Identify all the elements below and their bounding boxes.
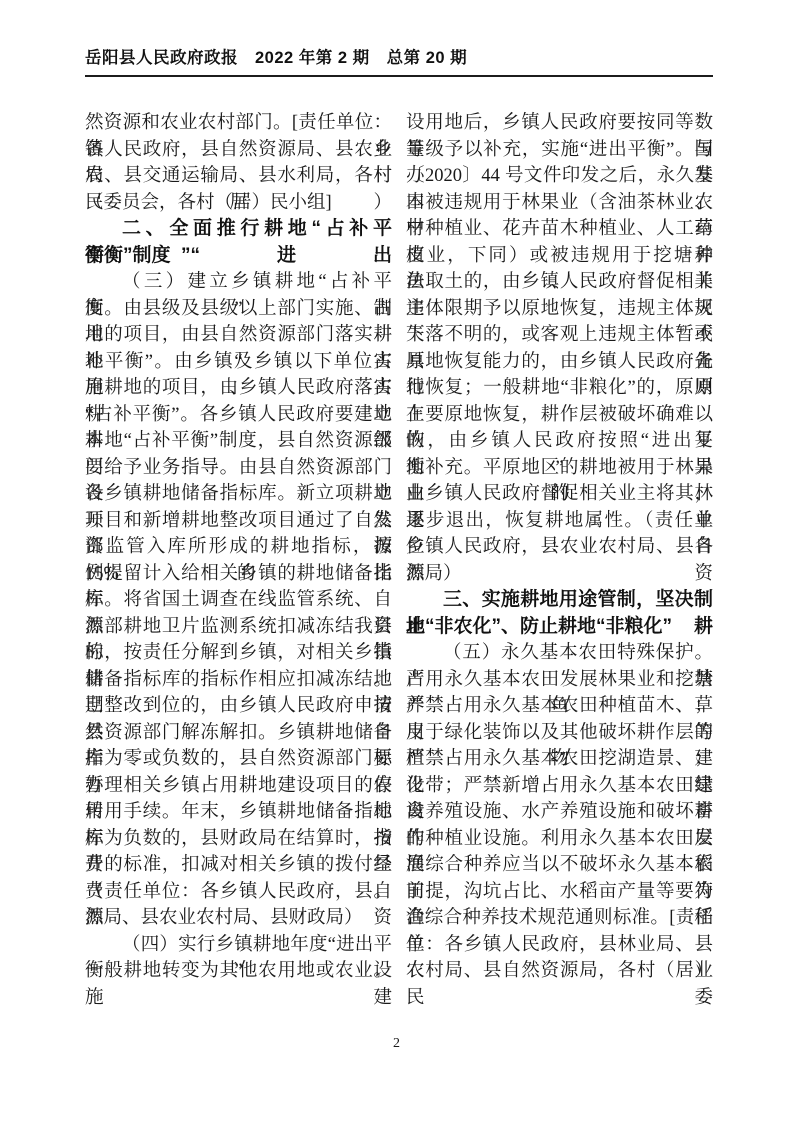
text-line: 原地恢复能力的，由乡镇人民政府先行原 (406, 349, 713, 376)
text-line: “占补平衡”。各乡镇人民政府要建立本级 (85, 402, 392, 429)
text-line: （五）永久基本农田特殊保护。严禁 (406, 640, 713, 667)
text-line: 镇人民政府，县自然资源局、县农业农村 (85, 137, 392, 164)
text-line: 局、县交通运输局、县水利局，各村（居） (85, 163, 392, 190)
right-column: 设用地后，乡镇人民政府要按同等数量与等级予以补充，实施“进出平衡”。国办发〔20… (406, 110, 713, 985)
text-line: 设用地后，乡镇人民政府要按同等数量与 (406, 110, 713, 137)
section-heading-line: 地“非农化”、防止耕地“非粮化” (406, 614, 713, 641)
text-line: 费的标准，扣减对相关乡镇的拨付经费。 (85, 852, 392, 879)
text-line: 植业，下同）或被违规用于挖塘养鱼、非 (406, 243, 713, 270)
text-line: 在要原地恢复，耕作层被破坏确难以恢复 (406, 402, 713, 429)
text-line: 要给予业务指导。由县自然资源部门设立 (85, 455, 392, 482)
text-line: 期整改到位的，由乡镇人民政府申请县自 (85, 693, 392, 720)
text-line: 地的项目，由县自然资源部门落实耕地“占 (85, 322, 392, 349)
text-line: 〔2020〕44 号文件印发之后，永久基本农 (406, 163, 713, 190)
text-line: 由乡镇人民政府督促相关业主将其林果业 (406, 481, 713, 508)
text-line: 农村局、县自然资源局，各村（居）民委 (406, 958, 713, 985)
text-line: 用于绿化装饰以及其他破坏耕作层的植物； (406, 720, 713, 747)
text-line: 转用手续。年末，乡镇耕地储备指标库指 (85, 799, 392, 826)
text-line: 然资源部门解冻解扣。乡镇耕地储备指标 (85, 720, 392, 747)
text-line: 库。将省国土调查在线监管系统、自然资 (85, 587, 392, 614)
text-line: 前提，沟坑占比、水稻亩产量等要符合稻 (406, 879, 713, 906)
text-line: 严禁占用永久基本农田挖湖造景、建设绿 (406, 746, 713, 773)
text-line: 储备指标库的指标作相应扣减冻结。已按 (85, 667, 392, 694)
text-line: 严禁占用永久基本农田种植苗木、草皮等 (406, 693, 713, 720)
text-line: 田被违规用于林果业（含油茶林业、中药 (406, 190, 713, 217)
page-number: 2 (0, 1036, 793, 1052)
section-heading-line: 二、全面推行耕地“占补平衡”“进出 (85, 216, 392, 243)
text-line: 源局、县农业农村局、县财政局） (85, 905, 392, 932)
text-line: 逐步退出，恢复耕地属性。（责任单位：各 (406, 508, 713, 535)
text-line: 占用永久基本农田发展林果业和挖塘养鱼； (406, 667, 713, 694)
text-line: （责任单位：各乡镇人民政府，县自然资 (85, 879, 392, 906)
text-line: 化带；严禁新增占用永久基本农田建设畜 (406, 773, 713, 800)
left-column: 然资源和农业农村部门。[责任单位：各乡镇人民政府，县自然资源局、县农业农村局、县… (85, 110, 392, 985)
text-line: 源部耕地卫片监测系统扣减冻结我县的指 (85, 614, 392, 641)
text-line: 主体限期予以原地恢复，违规主体灭失或 (406, 296, 713, 323)
text-line: 然资源和农业农村部门。[责任单位：各乡 (85, 110, 392, 137)
text-line: 项目和新增耕地整改项目通过了自然资源 (85, 508, 392, 535)
text-line: 材种植业、花卉苗木种植业、人工草皮种 (406, 216, 713, 243)
text-line: 办理相关乡镇占用耕地建设项目的农用地 (85, 773, 392, 800)
text-line: 地补充。平原地区的耕地被用于林果业的， (406, 455, 713, 482)
text-line: 地恢复；一般耕地“非粮化”的，原则上 (406, 375, 713, 402)
text-line: 耕地“占补平衡”制度，县自然资源部门 (85, 428, 392, 455)
text-line: 度。由县级及县级以上部门实施、占用耕 (85, 296, 392, 323)
text-line: 库为零或负数的，县自然资源部门要暂停 (85, 746, 392, 773)
text-line: 部监管入库所形成的耕地指标，按 15%的比 (85, 534, 392, 561)
text-line: 禽养殖设施、水产养殖设施和破坏耕作层 (406, 799, 713, 826)
text-line: 的，由乡镇人民政府按照“进出平衡”异 (406, 428, 713, 455)
text-line: 乡镇人民政府，县农业农村局、县自然资 (406, 534, 713, 561)
section-heading-line: 三、实施耕地用途管制，坚决制止耕 (406, 587, 713, 614)
text-line: 用耕地的项目，由乡镇人民政府落实耕地 (85, 375, 392, 402)
text-line: 各乡镇耕地储备指标库。新立项耕地开发 (85, 481, 392, 508)
text-line: 例提留计入给相关乡镇的耕地储备指标 (85, 561, 392, 588)
text-line: （三）建立乡镇耕地“占补平衡”制 (85, 269, 392, 296)
two-column-body: 然资源和农业农村部门。[责任单位：各乡镇人民政府，县自然资源局、县农业农村局、县… (85, 110, 713, 985)
text-line: 补平衡”。由乡镇及乡镇以下单位实施、占 (85, 349, 392, 376)
text-line: 渔综合种养应当以不破坏永久基本农田为 (406, 852, 713, 879)
text-line: 等级予以补充，实施“进出平衡”。国办发 (406, 137, 713, 164)
page-header: 岳阳县人民政府政报 2022 年第 2 期 总第 20 期 (85, 44, 713, 77)
text-line: 标，按责任分解到乡镇，对相关乡镇耕地 (85, 640, 392, 667)
text-line: 标为负数的，县财政局在结算时，按开垦 (85, 826, 392, 853)
text-line: 一般耕地转变为其他农用地或农业设施建 (85, 958, 392, 985)
text-line: 位：各乡镇人民政府，县林业局、县农业 (406, 932, 713, 959)
text-line: 的种植业设施。利用永久基本农田发展稻 (406, 826, 713, 853)
text-line: 渔综合种养技术规范通则标准。[责任单 (406, 905, 713, 932)
text-line: （四）实行乡镇耕地年度“进出平衡”。 (85, 932, 392, 959)
gazette-page: 岳阳县人民政府政报 2022 年第 2 期 总第 20 期 然资源和农业农村部门… (0, 0, 793, 1122)
text-line: 下落不明的，或客观上违规主体暂不具备 (406, 322, 713, 349)
text-line: 法取土的，由乡镇人民政府督促相关违规 (406, 269, 713, 296)
